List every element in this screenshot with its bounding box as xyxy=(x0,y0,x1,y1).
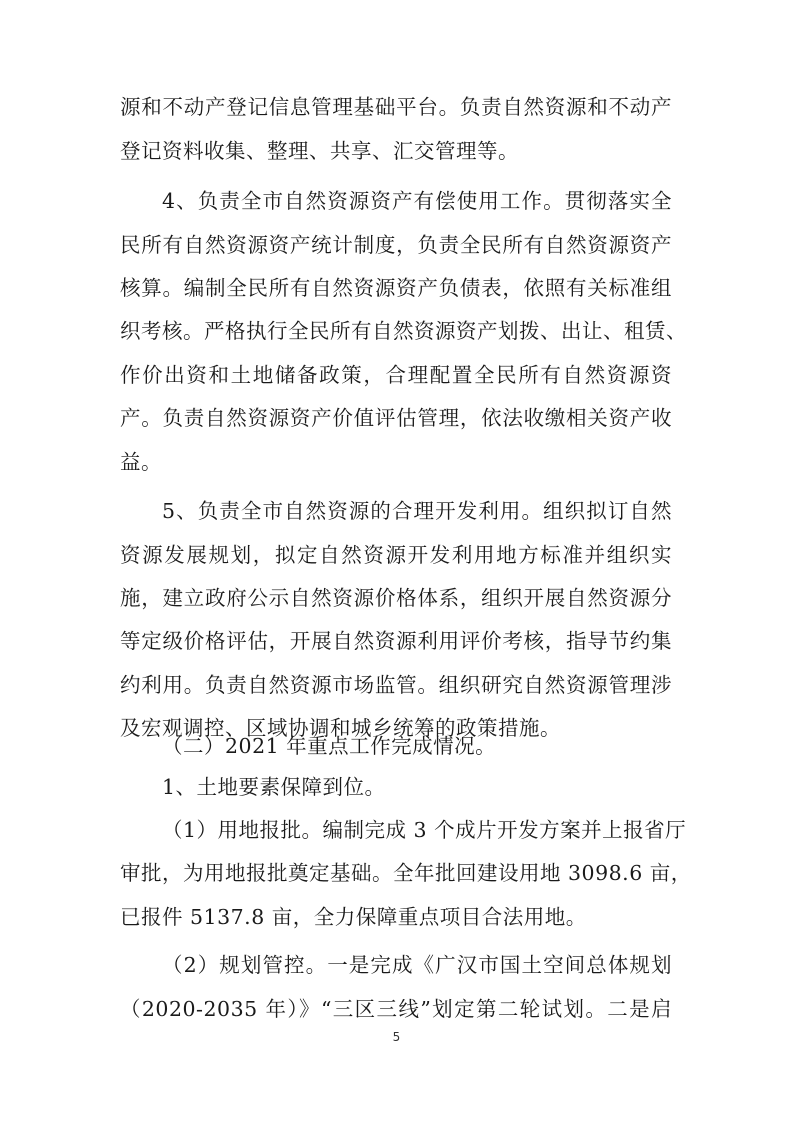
text-line: 核算。编制全民所有自然资源资产负债表，依照有关标准组 xyxy=(120,273,672,303)
text-line: 登记资料收集、整理、共享、汇交管理等。 xyxy=(120,136,672,166)
text-line: 已报件 5137.8 亩，全力保障重点项目合法用地。 xyxy=(120,902,672,932)
text-line: （2）规划管控。一是完成《广汉市国土空间总体规划 xyxy=(162,950,672,980)
text-line: （二）2021 年重点工作完成情况。 xyxy=(162,731,672,761)
text-line: 约利用。负责自然资源市场监管。组织研究自然资源管理涉 xyxy=(120,670,672,700)
text-line: 源和不动产登记信息管理基础平台。负责自然资源和不动产 xyxy=(120,92,672,122)
text-line: 施，建立政府公示自然资源价格体系，组织开展自然资源分 xyxy=(120,583,672,613)
document-page: 源和不动产登记信息管理基础平台。负责自然资源和不动产登记资料收集、整理、共享、汇… xyxy=(0,0,793,1122)
text-line: 5、负责全市自然资源的合理开发利用。组织拟订自然 xyxy=(162,496,672,526)
text-line: 等定级价格评估，开展自然资源利用评价考核，指导节约集 xyxy=(120,626,672,656)
page-number: 5 xyxy=(0,1030,793,1044)
text-line: 1、土地要素保障到位。 xyxy=(162,772,672,802)
text-line: 民所有自然资源资产统计制度，负责全民所有自然资源资产 xyxy=(120,230,672,260)
text-line: （2020-2035 年）》“三区三线”划定第二轮试划。二是启 xyxy=(120,994,672,1024)
text-line: 产。负责自然资源资产价值评估管理，依法收缴相关资产收 xyxy=(120,403,672,433)
text-line: 审批，为用地报批奠定基础。全年批回建设用地 3098.6 亩， xyxy=(120,858,672,888)
text-line: 资源发展规划，拟定自然资源开发利用地方标准并组织实 xyxy=(120,540,672,570)
text-line: 4、负责全市自然资源资产有偿使用工作。贯彻落实全 xyxy=(162,186,672,216)
text-line: 作价出资和土地储备政策，合理配置全民所有自然资源资 xyxy=(120,360,672,390)
text-line: 益。 xyxy=(120,447,672,477)
text-line: 织考核。严格执行全民所有自然资源资产划拨、出让、租赁、 xyxy=(120,316,672,346)
text-line: （1）用地报批。编制完成 3 个成片开发方案并上报省厅 xyxy=(162,815,672,845)
